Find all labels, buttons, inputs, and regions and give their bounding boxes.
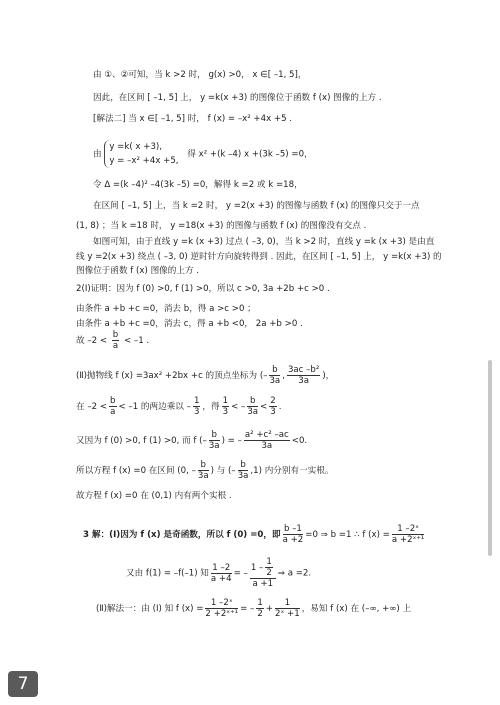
vertical-scrollbar[interactable] xyxy=(488,360,492,556)
text-line: 令 Δ =(k –4)² –4(3k –5) =0，解得 k =2 或 k =1… xyxy=(93,179,303,191)
fraction: ba xyxy=(112,330,119,351)
text-line: 如图可知，由于直线 y =k (x +3) 过点 ( –3, 0)，当 k >2… xyxy=(93,236,434,248)
equation-system-line: 由 y =k( x +3), y = –x² +4x +5, 得 x² +(k … xyxy=(93,140,313,168)
fraction: 3ac –b²3a xyxy=(287,365,320,386)
text-line: (1, 8) ；当 k =18 时， y =18(x +3) 的图像与函数 f … xyxy=(76,220,366,232)
text-line: 由条件 a +b +c =0，消去 b，得 a >c >0 ； xyxy=(76,303,256,315)
text-line: 在区间 [ –1, 5] 上，当 k =2 时， y =2(x +3) 的图像与… xyxy=(93,200,420,212)
text-line: 由 ①、②可知，当 k >2 时， g(x) >0， x ∈[ –1, 5]， xyxy=(93,69,306,81)
text-line: 2(Ⅰ)证明：因为 f (0) >0, f (1) >0，所以 c >0, 3a… xyxy=(76,283,330,295)
solve-a-line: 又由 f(1) = –f(–1) 知1 –2a +4= –1 –12a +1⇒ … xyxy=(126,557,311,589)
page-number-badge: 7 xyxy=(8,671,38,697)
text-line: 图像位于函数 f (x) 图像的上方 . xyxy=(76,265,199,277)
inequality-line: 故 –2 < ba < –1 . xyxy=(76,330,149,352)
text-line: 由条件 a +b +c =0，消去 c，得 a +b <0， 2a +b >0 … xyxy=(76,318,303,330)
equation-system: y =k( x +3), y = –x² +4x +5, xyxy=(104,140,178,168)
fraction: b3a xyxy=(269,365,280,386)
vertex-line: (Ⅱ)抛物线 f (x) =3ax² +2bx +c 的顶点坐标为 (–b3a,… xyxy=(76,364,334,388)
text-line: [解法二] 当 x ∈[ –1, 5] 时， f (x) = –x² +4x +… xyxy=(93,113,292,125)
text-line: 线 y =2(x +3) 绕点 ( –3, 0) 逆时针方向旋转得到 . 因此，… xyxy=(76,251,442,263)
roots-line: 所以方程 f (x) =0 在区间 (0, –b3a) 与 (–b3a,1) 内… xyxy=(76,459,333,483)
multiply-line: 在 –2 <ba< –1 的两边乘以 –13，得13< –b3a<23. xyxy=(76,395,281,419)
value-line: 又因为 f (0) >0, f (1) >0, 而 f (–b3a) = –a²… xyxy=(76,429,307,453)
text-line: 因此，在区间 [ –1, 5] 上， y =k(x +3) 的图像位于函数 f … xyxy=(93,92,382,104)
text-line: 故方程 f (x) =0 在 (0,1) 内有两个实根 . xyxy=(76,490,232,502)
problem3-line: 3 解：(Ⅰ)因为 f (x) 是奇函数，所以 f (0) =0，即b –1a … xyxy=(83,523,426,547)
part2-line: (Ⅱ)解法一：由 (Ⅰ) 知 f (x) =1 –2ˣ2 +2ˣ⁺¹= –12+… xyxy=(96,597,411,621)
